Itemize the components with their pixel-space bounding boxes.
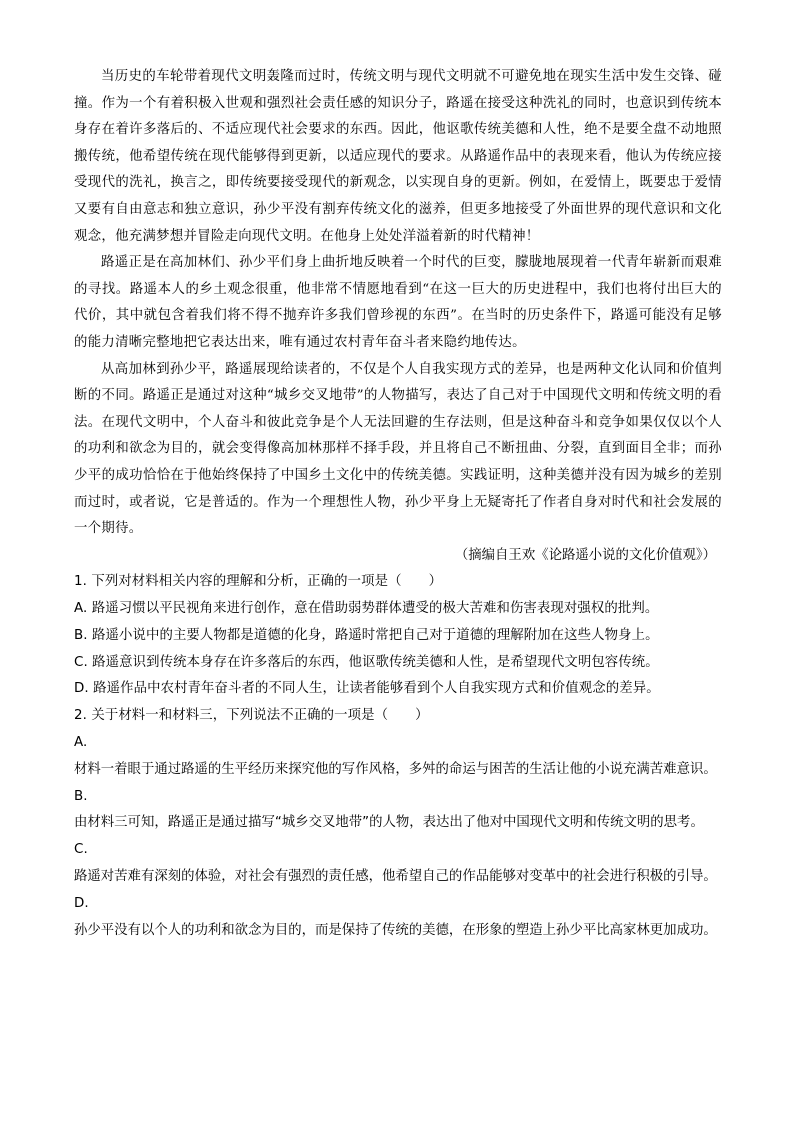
option-letter-c: C. (74, 837, 722, 864)
option-text-d: 孙少平没有以个人的功利和欲念为目的，而是保持了传统的美德，在形象的塑造上孙少平比… (74, 918, 722, 945)
article: 当历史的车轮带着现代文明轰隆而过时，传统文明与现代文明就不可避免地在现实生活中发… (74, 64, 722, 569)
option-d: D. 路遥作品中农村青年奋斗者的不同人生，让读者能够看到个人自我实现方式和价值观… (74, 676, 722, 703)
question-stem: 1. 下列对材料相关内容的理解和分析，正确的一项是（ ） (74, 569, 722, 596)
option-letter-b: B. (74, 784, 722, 811)
option-c: C. 路遥意识到传统本身存在许多落后的东西，他讴歌传统美德和人性，是希望现代文明… (74, 650, 722, 677)
question-1: 1. 下列对材料相关内容的理解和分析，正确的一项是（ ） A. 路遥习惯以平民视… (74, 569, 722, 703)
document-page: 当历史的车轮带着现代文明轰隆而过时，传统文明与现代文明就不可避免地在现实生活中发… (74, 64, 722, 944)
article-source: （摘编自王欢《论路遥小说的文化价值观》） (74, 543, 722, 570)
article-paragraph: 从高加林到孙少平，路遥展现给读者的，不仅是个人自我实现方式的差异，也是两种文化认… (74, 357, 722, 543)
option-text-a: 材料一着眼于通过路遥的生平经历来探究他的写作风格，多舛的命运与困苦的生活让他的小… (74, 757, 722, 784)
option-letter-d: D. (74, 891, 722, 918)
option-letter-a: A. (74, 730, 722, 757)
question-2: 2. 关于材料一和材料三，下列说法不正确的一项是（ ） A. 材料一着眼于通过路… (74, 703, 722, 944)
article-paragraph: 当历史的车轮带着现代文明轰隆而过时，传统文明与现代文明就不可避免地在现实生活中发… (74, 64, 722, 250)
option-a: A. 路遥习惯以平民视角来进行创作，意在借助弱势群体遭受的极大苦难和伤害表现对强… (74, 596, 722, 623)
option-b: B. 路遥小说中的主要人物都是道德的化身，路遥时常把自己对于道德的理解附加在这些… (74, 623, 722, 650)
option-text-c: 路遥对苦难有深刻的体验，对社会有强烈的责任感，他希望自己的作品能够对变革中的社会… (74, 864, 722, 891)
article-paragraph: 路遥正是在高加林们、孙少平们身上曲折地反映着一个时代的巨变，朦胧地展现着一代青年… (74, 250, 722, 356)
option-text-b: 由材料三可知，路遥正是通过描写“城乡交叉地带”的人物，表达出了他对中国现代文明和… (74, 810, 722, 837)
question-stem: 2. 关于材料一和材料三，下列说法不正确的一项是（ ） (74, 703, 722, 730)
